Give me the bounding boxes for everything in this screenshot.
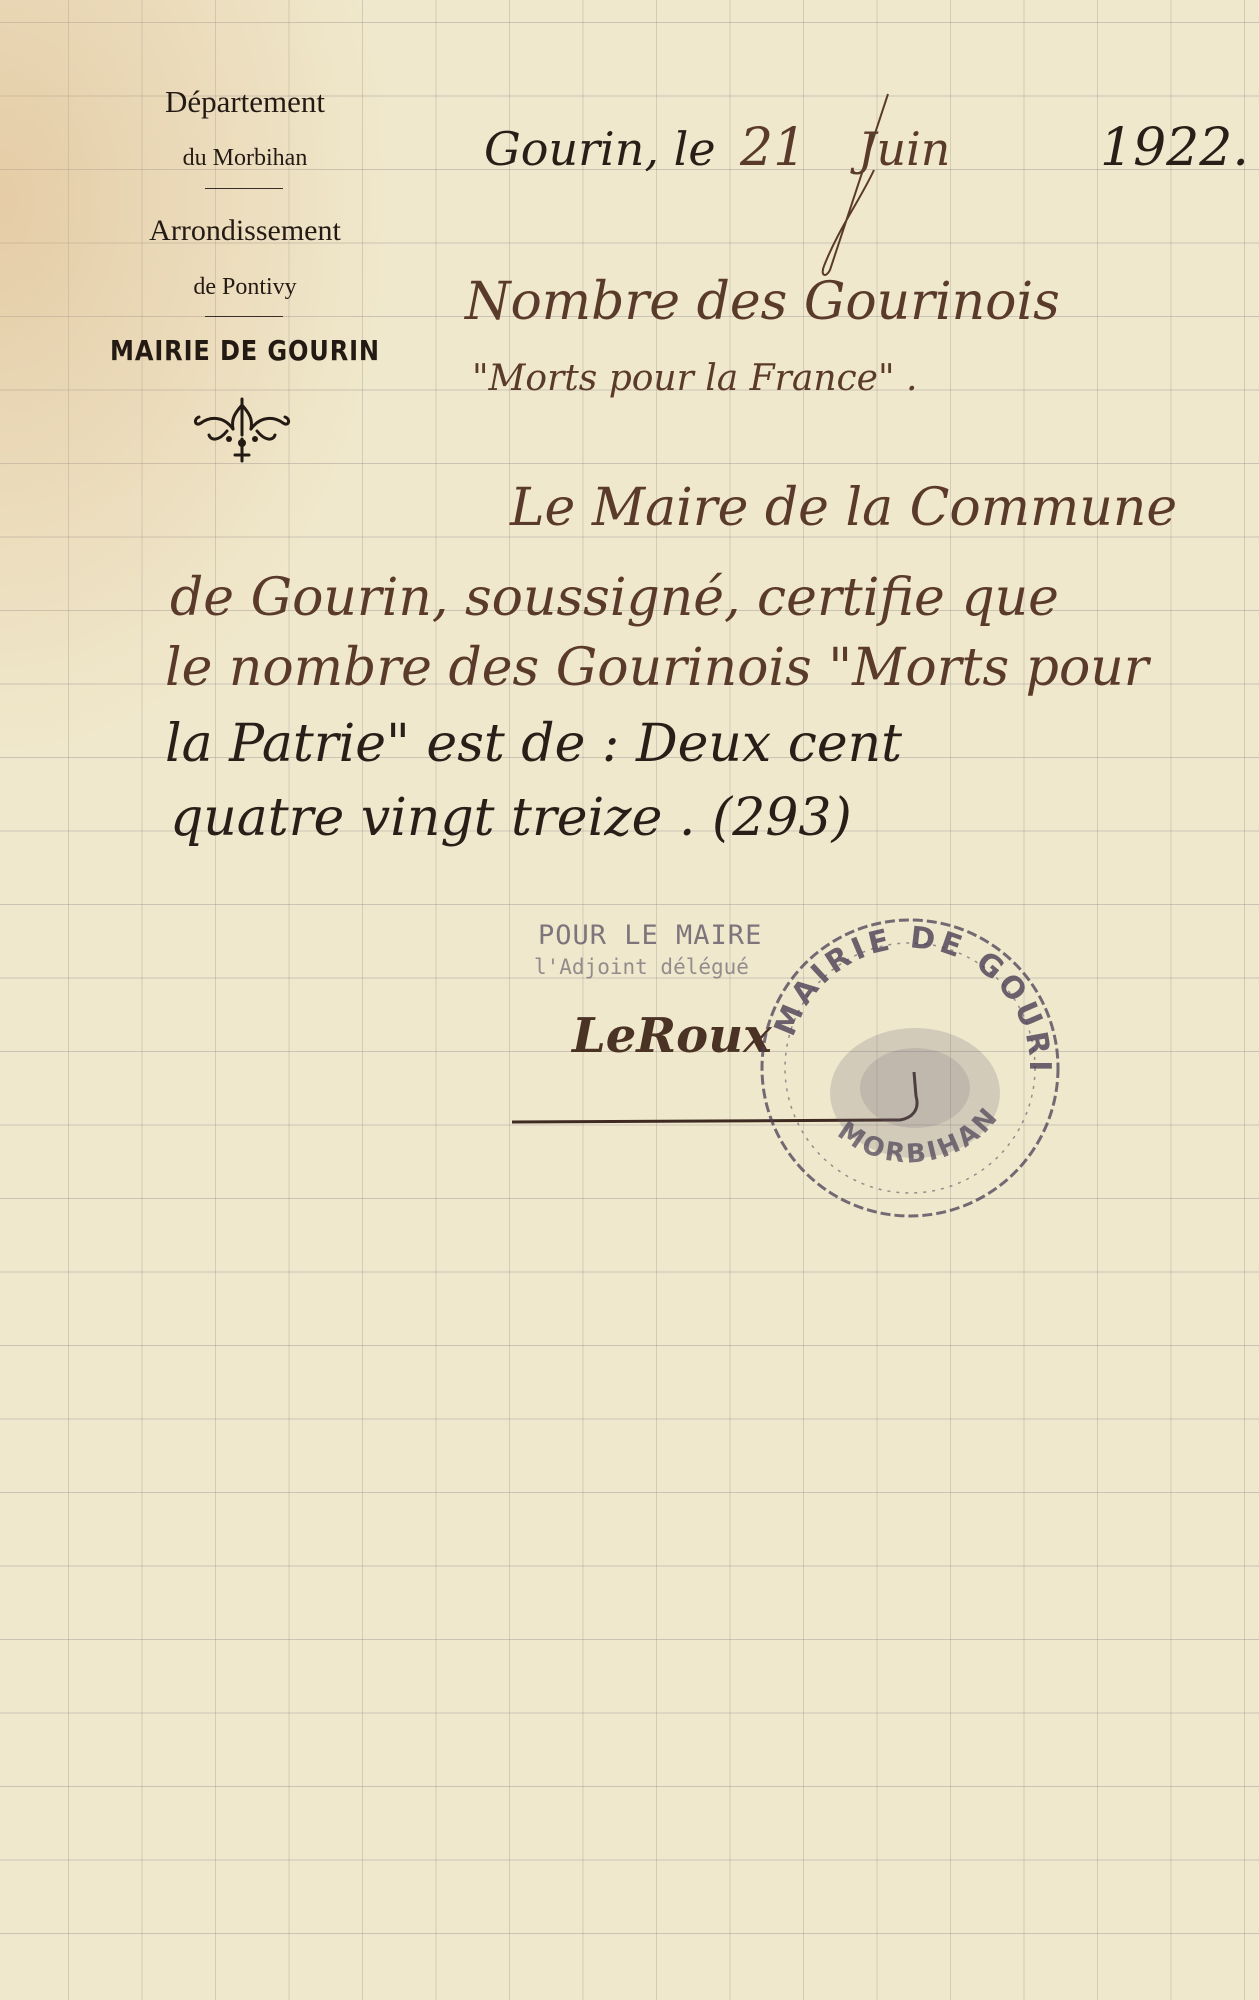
letterhead-divider xyxy=(205,188,283,189)
letterhead-arrondissement: Arrondissement xyxy=(80,214,410,248)
dateline-year: 1922. xyxy=(1100,118,1249,178)
pen-flourish xyxy=(790,90,900,280)
body-line: de Gourin, soussigné, certifie que xyxy=(170,568,1059,628)
stamp-adjoint: l'Adjoint délégué xyxy=(534,955,749,979)
body-line: le nombre des Gourinois "Morts pour xyxy=(165,638,1149,698)
letterhead-divider xyxy=(205,316,283,317)
dateline-place: Gourin, le xyxy=(484,122,716,176)
body-line: la Patrie" est de : Deux cent xyxy=(165,714,902,774)
stamp-pour-le-maire: POUR LE MAIRE xyxy=(538,920,762,951)
letterhead-mairie: MAIRIE DE GOURIN xyxy=(96,334,394,367)
fleuron-ornament-icon xyxy=(187,395,297,465)
body-line: Le Maire de la Commune xyxy=(510,478,1177,538)
body-line: quatre vingt treize . (293) xyxy=(170,788,852,848)
subject-subtitle: "Morts pour la France" . xyxy=(472,358,917,399)
letterhead-department-name: du Morbihan xyxy=(80,145,410,172)
subject-title: Nombre des Gourinois xyxy=(465,272,1060,332)
letterhead-arrondissement-name: de Pontivy xyxy=(80,274,410,301)
document-page: Département du Morbihan Arrondissement d… xyxy=(0,0,1259,2000)
municipal-seal-icon: MAIRIE DE GOURIN MORBIHAN xyxy=(740,898,1080,1238)
letterhead-department: Département xyxy=(80,84,410,120)
